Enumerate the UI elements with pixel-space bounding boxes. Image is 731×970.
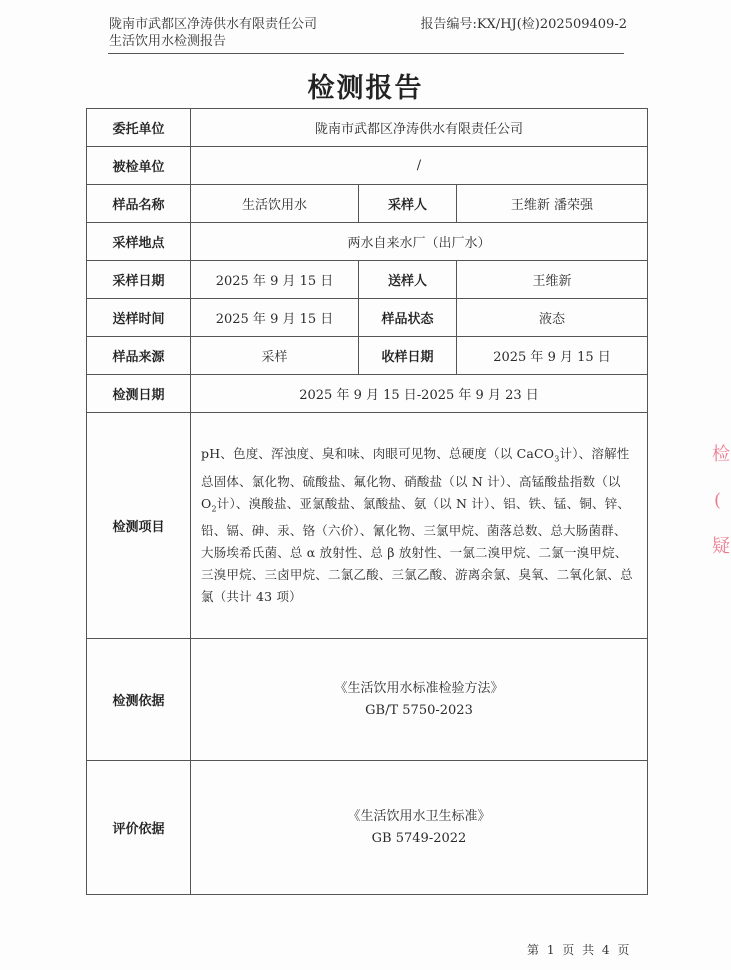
row-eval-basis: 评价依据 《生活饮用水卫生标准》 GB 5749-2022 [87, 761, 648, 895]
sample-source-value: 采样 [191, 337, 359, 375]
test-items-text-3: 计）、溴酸盐、亚氯酸盐、氯酸盐、氨（以 N 计）、铝、铁、锰、铜、锌、铅、镉、砷… [201, 496, 633, 605]
sender-value: 王维新 [457, 261, 648, 299]
sampler-value: 王维新 潘荣强 [457, 185, 648, 223]
row-sample-name: 样品名称 生活饮用水 采样人 王维新 潘荣强 [87, 185, 648, 223]
sample-state-value: 液态 [457, 299, 648, 337]
send-time-value: 2025 年 9 月 15 日 [191, 299, 359, 337]
test-date-label: 检测日期 [87, 375, 191, 413]
row-inspected: 被检单位 / [87, 147, 648, 185]
row-send-time: 送样时间 2025 年 9 月 15 日 样品状态 液态 [87, 299, 648, 337]
report-number: 报告编号:KX/HJ(检)202509409-2 [420, 16, 627, 33]
test-method-value: 《生活饮用水标准检验方法》 GB/T 5750-2023 [191, 639, 648, 761]
row-test-items: 检测项目 pH、色度、浑浊度、臭和味、肉眼可见物、总硬度（以 CaCO3计）、溶… [87, 413, 648, 639]
location-label: 采样地点 [87, 223, 191, 261]
report-number-label: 报告编号: [420, 17, 476, 32]
inspected-value: / [191, 147, 648, 185]
sender-label: 送样人 [359, 261, 457, 299]
sampling-date-value: 2025 年 9 月 15 日 [191, 261, 359, 299]
company-name: 陇南市武都区净涛供水有限责任公司 [109, 16, 317, 33]
red-seal-stamp: 检 ( 疑 [708, 440, 731, 580]
test-items-label: 检测项目 [87, 413, 191, 639]
sampling-date-label: 采样日期 [87, 261, 191, 299]
inspected-label: 被检单位 [87, 147, 191, 185]
header-divider [108, 53, 624, 54]
stamp-char-1: 检 [712, 440, 730, 466]
location-value: 两水自来水厂（出厂水） [191, 223, 648, 261]
eval-basis-label: 评价依据 [87, 761, 191, 895]
header-left: 陇南市武都区净涛供水有限责任公司 生活饮用水检测报告 [109, 16, 317, 50]
page-number: 第 1 页 共 4 页 [527, 941, 631, 958]
test-items-value: pH、色度、浑浊度、臭和味、肉眼可见物、总硬度（以 CaCO3计）、溶解性总固体… [191, 413, 648, 639]
sampler-label: 采样人 [359, 185, 457, 223]
eval-basis-value: 《生活饮用水卫生标准》 GB 5749-2022 [191, 761, 648, 895]
receive-date-value: 2025 年 9 月 15 日 [457, 337, 648, 375]
test-items-text-1: pH、色度、浑浊度、臭和味、肉眼可见物、总硬度（以 CaCO [201, 446, 554, 461]
stamp-char-2: ( [714, 490, 721, 511]
stamp-char-3: 疑 [712, 532, 730, 558]
receive-date-label: 收样日期 [359, 337, 457, 375]
page-title: 检测报告 [0, 66, 731, 105]
test-method-code: GB/T 5750-2023 [191, 700, 647, 722]
row-test-date: 检测日期 2025 年 9 月 15 日-2025 年 9 月 23 日 [87, 375, 648, 413]
sample-state-label: 样品状态 [359, 299, 457, 337]
row-sample-source: 样品来源 采样 收样日期 2025 年 9 月 15 日 [87, 337, 648, 375]
row-location: 采样地点 两水自来水厂（出厂水） [87, 223, 648, 261]
row-client: 委托单位 陇南市武都区净涛供水有限责任公司 [87, 109, 648, 147]
client-label: 委托单位 [87, 109, 191, 147]
eval-basis-name: 《生活饮用水卫生标准》 [191, 806, 647, 828]
report-number-value: KX/HJ(检)202509409-2 [477, 17, 627, 32]
client-value: 陇南市武都区净涛供水有限责任公司 [191, 109, 648, 147]
report-type: 生活饮用水检测报告 [109, 33, 317, 50]
send-time-label: 送样时间 [87, 299, 191, 337]
test-method-label: 检测依据 [87, 639, 191, 761]
sample-name-label: 样品名称 [87, 185, 191, 223]
eval-basis-code: GB 5749-2022 [191, 828, 647, 850]
test-date-value: 2025 年 9 月 15 日-2025 年 9 月 23 日 [191, 375, 648, 413]
sample-source-label: 样品来源 [87, 337, 191, 375]
test-method-name: 《生活饮用水标准检验方法》 [191, 678, 647, 700]
sample-name-value: 生活饮用水 [191, 185, 359, 223]
report-table: 委托单位 陇南市武都区净涛供水有限责任公司 被检单位 / 样品名称 生活饮用水 … [86, 108, 648, 895]
row-sampling-date: 采样日期 2025 年 9 月 15 日 送样人 王维新 [87, 261, 648, 299]
row-test-method: 检测依据 《生活饮用水标准检验方法》 GB/T 5750-2023 [87, 639, 648, 761]
